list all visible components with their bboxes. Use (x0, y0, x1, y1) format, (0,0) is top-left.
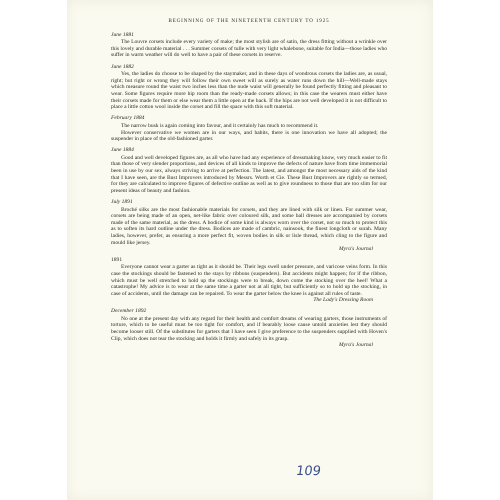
entry-paragraph: Everyone cannot wear a garter as tight a… (111, 264, 387, 297)
scanned-book-page: BEGINNING OF THE NINETEENTH CENTURY TO 1… (67, 0, 433, 500)
page-content: BEGINNING OF THE NINETEENTH CENTURY TO 1… (111, 19, 387, 353)
entry-paragraph: The narrow busk is again coming into fav… (111, 123, 387, 130)
entry-paragraph: Broché silks are the most fashionable ma… (111, 207, 387, 247)
entry-date: 1891 (111, 257, 387, 264)
entry-december-1892: December 1892 No one at the present day … (111, 308, 387, 348)
entry-paragraph: No one at the present day with any regar… (111, 316, 387, 342)
handwritten-page-number: 109 (295, 464, 322, 479)
entry-june-1882: June 1882 Yes, the ladies do choose to b… (111, 64, 387, 111)
entry-date: June 1884 (111, 147, 387, 154)
entry-june-1881: June 1881 The Louvre corsets include eve… (111, 32, 387, 59)
entry-july-1891: July 1891 Broché silks are the most fash… (111, 199, 387, 252)
running-head: BEGINNING OF THE NINETEENTH CENTURY TO 1… (111, 19, 387, 26)
entry-paragraph: The Louvre corsets include every variety… (111, 39, 387, 59)
entry-date: July 1891 (111, 199, 387, 206)
entry-date: June 1882 (111, 64, 387, 71)
entry-date: June 1881 (111, 32, 387, 39)
entry-paragraph: Yes, the ladies do choose to be shaped b… (111, 71, 387, 111)
entry-paragraph: However conservative we women are in our… (111, 130, 387, 143)
entry-june-1884: June 1884 Good and well developed figure… (111, 147, 387, 194)
entry-source: Myra's Journal (111, 246, 387, 253)
entry-source: The Lady's Dressing Room (111, 297, 387, 304)
entry-date: February 1884 (111, 115, 387, 122)
entry-1891: 1891 Everyone cannot wear a garter as ti… (111, 257, 387, 304)
entry-source: Myra's Journal (111, 342, 387, 349)
entry-february-1884: February 1884 The narrow busk is again c… (111, 115, 387, 142)
entry-date: December 1892 (111, 308, 387, 315)
entry-paragraph: Good and well developed figures are, as … (111, 155, 387, 195)
